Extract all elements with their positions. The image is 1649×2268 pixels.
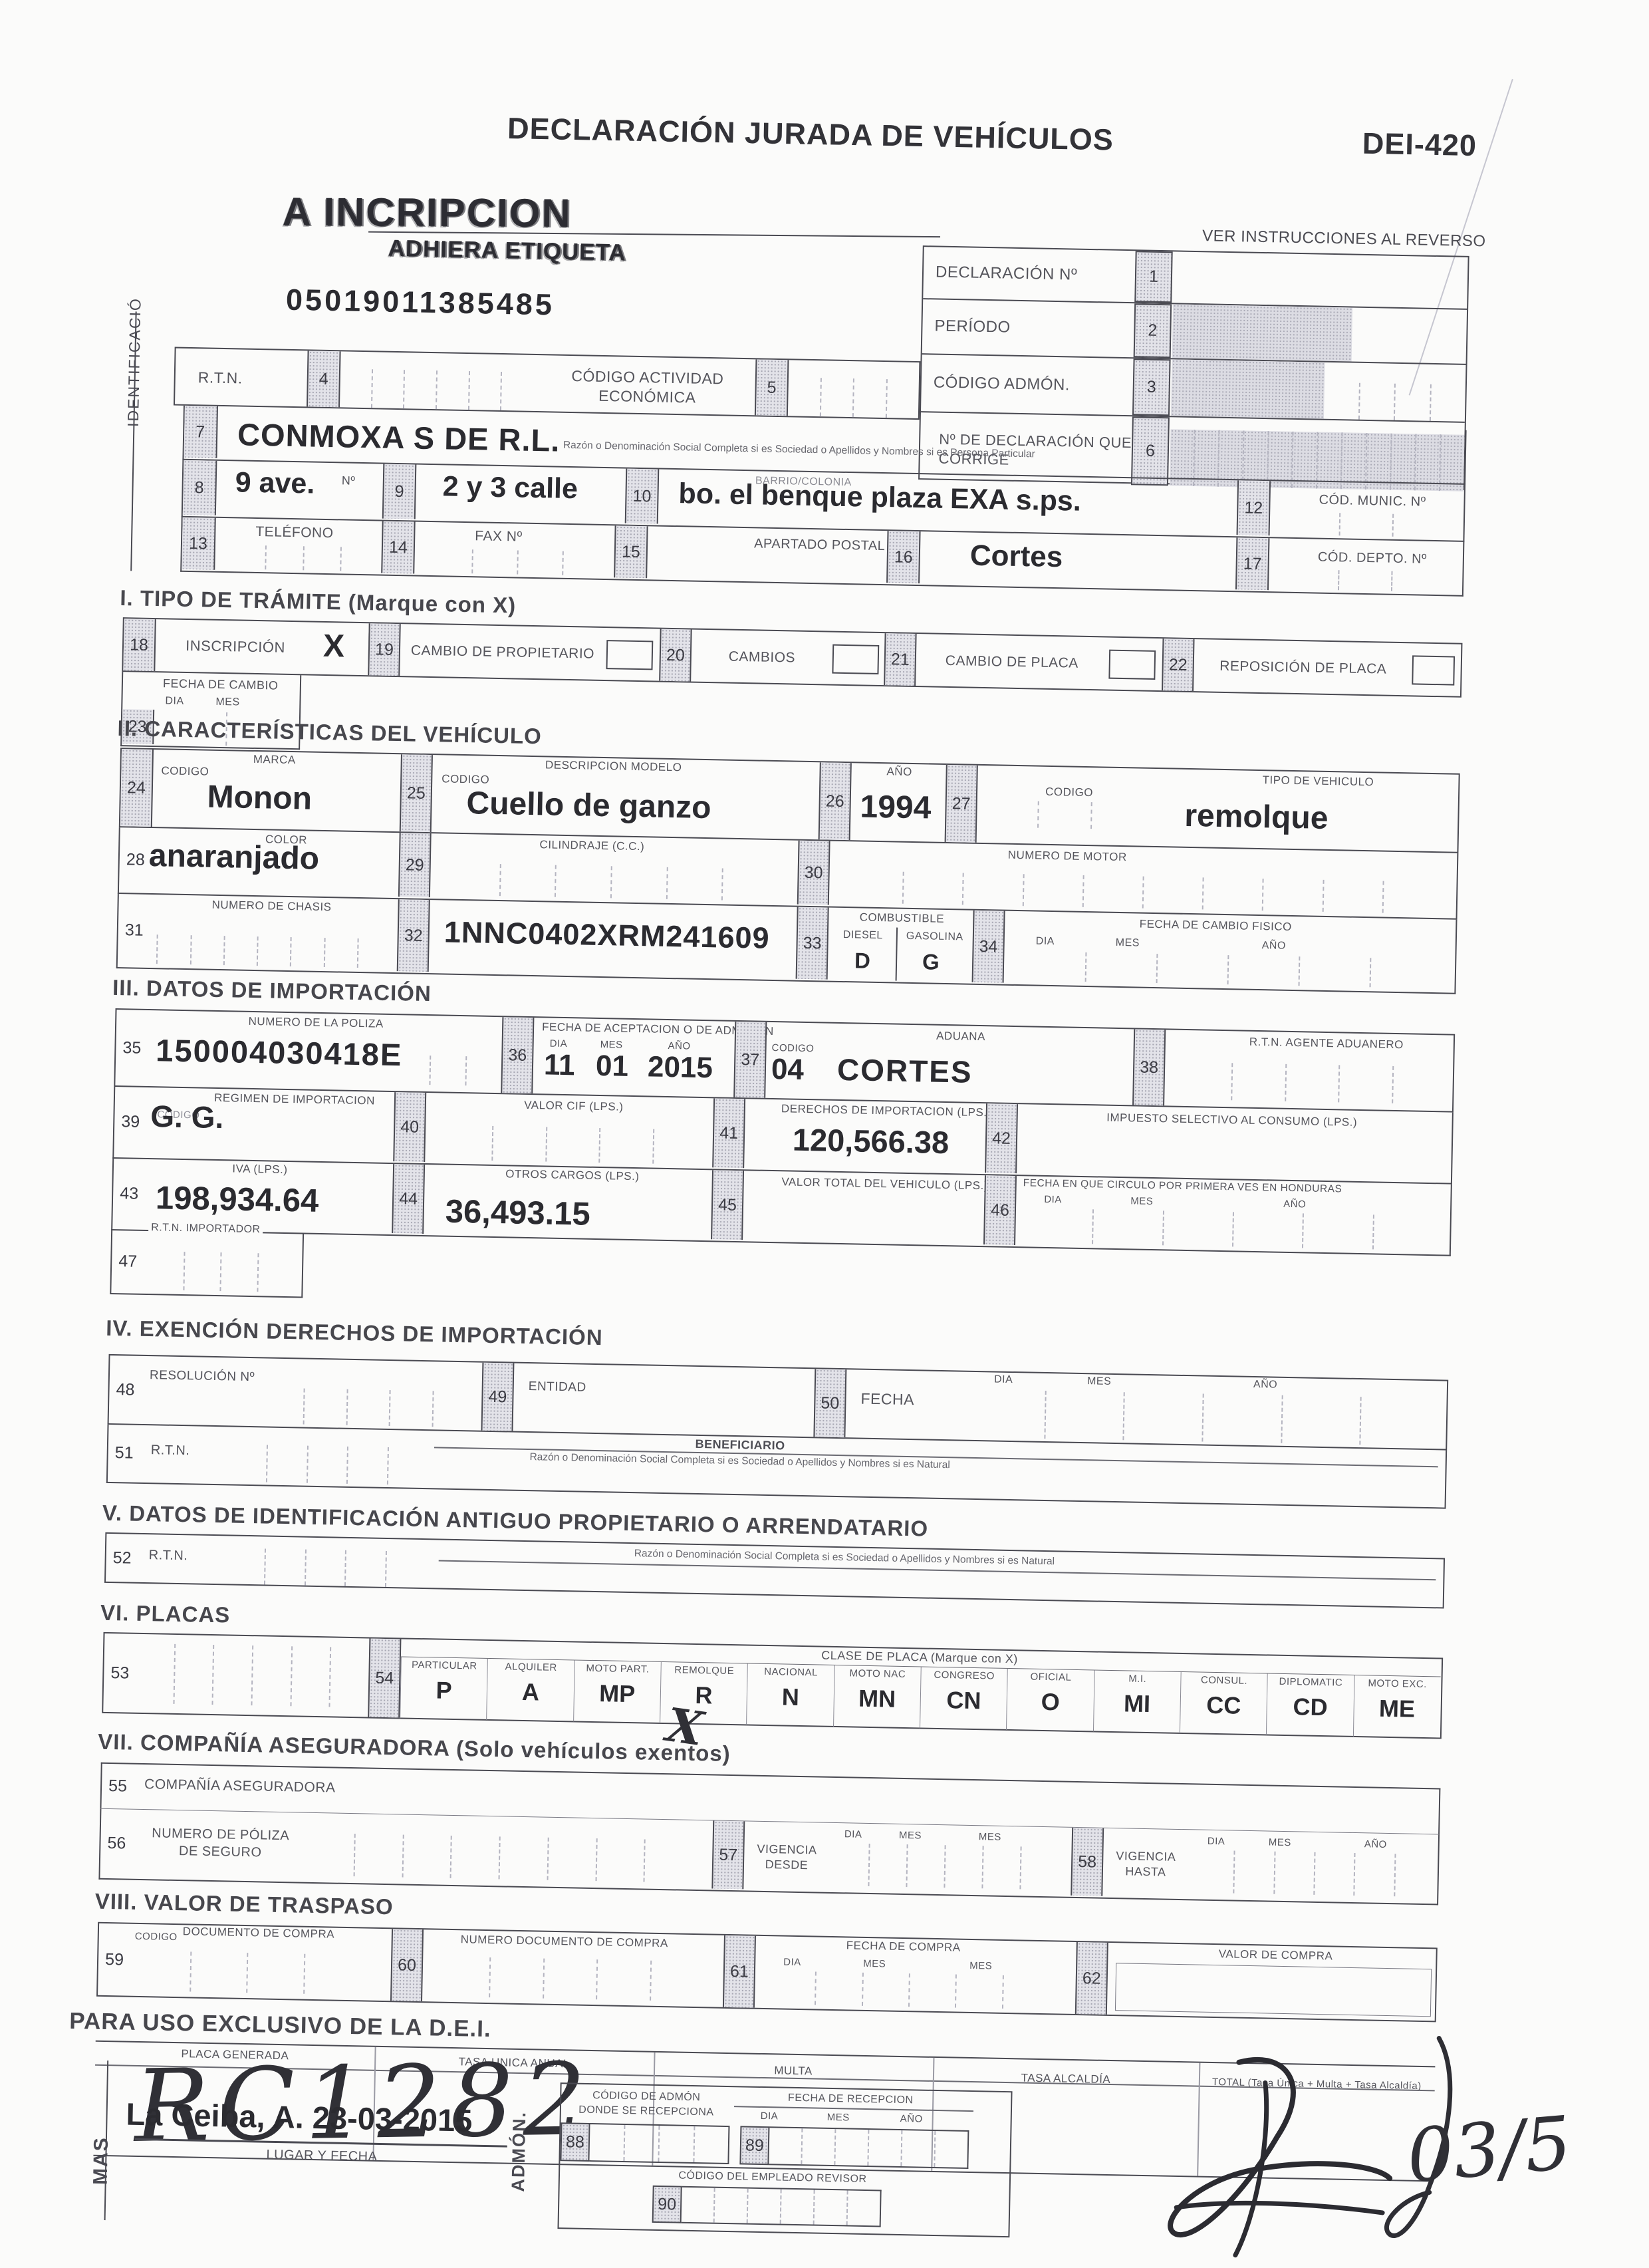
aseguradora-label: COMPAÑÍA ASEGURADORA (144, 1776, 336, 1796)
inscription-stamp: A INCRIPCION (282, 189, 571, 236)
box-13-number: 13 (182, 517, 215, 570)
clase-label: DIPLOMATIC (1279, 1676, 1342, 1689)
dia-label: DIA (1044, 1194, 1062, 1206)
box-10-number: 10 (625, 469, 660, 524)
dia-label: DIA (165, 695, 184, 708)
box-46-number: 46 (983, 1175, 1017, 1245)
section-6-title: VI. PLACAS (100, 1600, 231, 1628)
clase-label: REMOLQUE (674, 1664, 734, 1677)
box-37-number: 37 (733, 1022, 767, 1098)
box-4-number: 4 (307, 351, 341, 407)
page-title: DECLARACIÓN JURADA DE VEHÍCULOS (485, 110, 1137, 158)
traspaso-row: 59 CODIGO DOCUMENTO DE COMPRA 60 NUMERO … (96, 1922, 1438, 2023)
selectivo-label: IMPUESTO SELECTIVO AL CONSUMO (LPS.) (1092, 1111, 1371, 1129)
admon-vertical-label: ADMÓN. (473, 2134, 567, 2148)
box-34-number: 34 (972, 911, 1005, 983)
box-39-number: 39 (114, 1087, 147, 1157)
box-60-number: 60 (390, 1929, 424, 2001)
clase-code: A (522, 1678, 540, 1706)
motor-cells (844, 871, 1443, 914)
scanned-form: DECLARACIÓN JURADA DE VEHÍCULOS DEI-420 … (72, 92, 1535, 2148)
inscripcion-mark: X (323, 628, 345, 665)
tipo-vehiculo-label: TIPO DE VEHICULO (1218, 773, 1418, 790)
inscripcion-label: INSCRIPCIÓN (156, 637, 315, 657)
dia-label: DIA (550, 1038, 568, 1050)
calle-sub-label: Nº (342, 474, 356, 488)
valor-compra-label: VALOR DE COMPRA (1162, 1947, 1388, 1965)
periodo-field (1172, 304, 1353, 361)
cambio-fisico-cells (1015, 951, 1442, 988)
box-53-number: 53 (103, 1633, 136, 1713)
resolucion-cells (262, 1387, 475, 1427)
clase-label: NACIONAL (764, 1666, 818, 1679)
rtn-label: R.T.N. (151, 1443, 190, 1459)
telefono-cells (228, 545, 378, 571)
vigencia-hasta-label: VIGENCIA HASTA (1106, 1848, 1186, 1881)
ano-value: 1994 (860, 788, 932, 826)
box-88-number: 88 (560, 2122, 590, 2148)
box-58-number: 58 (1071, 1828, 1104, 1896)
box-18-number: 18 (123, 619, 156, 671)
clase-label: CONGRESO (934, 1669, 995, 1682)
box-15-number: 15 (614, 525, 648, 578)
box-88-cells (589, 2123, 729, 2148)
agente-label: R.T.N. AGENTE ADUANERO (1220, 1035, 1433, 1052)
box-61-number: 61 (723, 1935, 756, 2008)
codigo-label: CODIGO (1045, 785, 1093, 799)
box-27-number: 27 (945, 765, 978, 843)
fecha-compra-cells (769, 1971, 1049, 2009)
section-1-title: I. TIPO DE TRÁMITE (Marque con X) (120, 585, 516, 618)
poliza-label: NUMERO DE LA POLIZA (216, 1014, 416, 1032)
clase-code: ME (1379, 1695, 1416, 1723)
clase-label: MOTO NAC (849, 1667, 906, 1680)
razon-note: Razón o Denominación Social Completa si … (563, 440, 1035, 461)
rtn-cells (225, 1548, 426, 1588)
clase-code: O (1041, 1688, 1060, 1717)
fax-cells (428, 549, 608, 576)
clase-code: N (781, 1683, 799, 1711)
clase-label: CONSUL. (1201, 1675, 1248, 1687)
box-49-number: 49 (481, 1363, 514, 1431)
tipo-vehiculo-value: remolque (1184, 797, 1329, 837)
ano-label: AÑO (900, 2113, 923, 2125)
box-2-number: 2 (1134, 303, 1172, 358)
apartado-value: Cortes (969, 539, 1063, 575)
agente-cells (1179, 1062, 1446, 1105)
importador-cells (147, 1251, 294, 1292)
box-45-number: 45 (711, 1170, 744, 1240)
dia-label: DIA (1207, 1836, 1225, 1848)
depto-label: CÓD. DEPTO. Nº (1318, 550, 1427, 567)
dia-label: DIA (783, 1957, 801, 1969)
cambio-propietario-label: CAMBIO DE PROPIETARIO (403, 642, 602, 662)
ano-label: AÑO (668, 1040, 690, 1052)
fecha-cambio-label: FECHA DE CAMBIO (163, 676, 279, 692)
fecha-dia-value: 11 (544, 1048, 575, 1082)
mes-label: MES (863, 1958, 886, 1970)
clase-label: MOTO EXC. (1368, 1677, 1427, 1690)
ano-label: AÑO (1253, 1379, 1278, 1391)
ano-label: AÑO (852, 764, 946, 780)
adhiera-etiqueta-label: ADHIERA ETIQUETA (388, 235, 626, 267)
fecha-cells (966, 1389, 1439, 1447)
diesel-label: DIESEL (843, 929, 883, 942)
box-22-number: 22 (1162, 638, 1194, 691)
box-5-number: 5 (755, 359, 789, 416)
box-42-number: 42 (985, 1103, 1018, 1173)
box-3-number: 3 (1132, 358, 1171, 416)
section-3-title: III. DATOS DE IMPORTACIÓN (112, 975, 432, 1006)
box-52-number: 52 (106, 1534, 138, 1582)
box-50-number: 50 (813, 1369, 846, 1437)
box-1-number: 1 (1134, 251, 1172, 303)
ano-label: AÑO (1364, 1838, 1387, 1850)
otros-label: OTROS CARGOS (LPS.) (473, 1167, 672, 1184)
codigo-label: CODIGO (135, 1931, 178, 1943)
box-36-number: 36 (501, 1017, 534, 1093)
box-9-number: 9 (382, 464, 417, 519)
vigencia-desde-cells (831, 1843, 1058, 1890)
cambio-fisico-label: FECHA DE CAMBIO FISICO (1082, 917, 1348, 935)
form-code: DEI-420 (1362, 126, 1477, 163)
ano-label: AÑO (1262, 940, 1287, 952)
box-19-number: 19 (368, 623, 400, 676)
resolucion-label: RESOLUCIÓN Nº (150, 1368, 255, 1385)
poliza-seguro-cells (307, 1833, 693, 1883)
chasis-value: 1NNC0402XRM241609 (444, 915, 770, 955)
clase-label: MOTO PART. (586, 1663, 649, 1675)
documento-cells (134, 1951, 360, 1995)
tipo-codigo-cells (985, 800, 1145, 830)
box-35-number: 35 (115, 1010, 148, 1086)
lugar-fecha-value: La Ceiba, A. 23-03-2015 (126, 2096, 473, 2139)
propietario-note: Razón o Denominación Social Completa si … (479, 1545, 1210, 1571)
clase-code: MI (1124, 1689, 1151, 1718)
antiguo-propietario-row: 52 R.T.N. Razón o Denominación Social Co… (104, 1532, 1445, 1609)
codigo-admon-recepciona-label2: DONDE SE RECEPCIONA (567, 2104, 726, 2119)
box-48-number: 48 (109, 1355, 142, 1424)
calle-value: 9 ave. (235, 466, 315, 500)
apartado-label: APARTADO POSTAL Nº (754, 536, 904, 554)
codigo-admon-label: CÓDIGO ADMÓN. (934, 373, 1071, 394)
cif-cells (440, 1125, 706, 1165)
cambio-placa-cell (1108, 650, 1156, 680)
gasolina-value: G (922, 949, 940, 974)
fecha-mes-value: 01 (596, 1050, 629, 1083)
box-28-number: 28 (119, 827, 152, 892)
box-59-number: 59 (98, 1923, 131, 1996)
color-value: anaranjado (148, 837, 319, 877)
clase-code: P (436, 1676, 452, 1704)
rtn-cells (340, 368, 533, 411)
barrio-value: bo. el benque plaza EXA s.ps. (678, 478, 1081, 518)
box-33-number: 33 (796, 907, 829, 980)
box-44-number: 44 (392, 1164, 425, 1234)
munic-label: CÓD. MUNIC. Nº (1319, 493, 1426, 510)
box-40-number: 40 (393, 1092, 426, 1162)
chasis-label: NUMERO DE CHASIS (185, 898, 358, 915)
clase-label: M.I. (1128, 1673, 1146, 1685)
mes-label: MES (899, 1830, 922, 1842)
cilindraje-label: CILINDRAJE (C.C.) (492, 837, 692, 855)
box-56-number: 56 (100, 1809, 133, 1878)
box-29-number: 29 (398, 833, 432, 897)
declaracion-n-label: DECLARACIÓN Nº (936, 263, 1078, 284)
modelo-label: DESCRIPCION MODELO (521, 758, 707, 775)
box-24-number: 24 (120, 749, 154, 827)
importador-box: 47 R.T.N. IMPORTADOR (110, 1230, 304, 1298)
box-17-number: 17 (1235, 537, 1269, 590)
box-16-number: 16 (886, 531, 920, 583)
actividad-cells (788, 377, 919, 418)
declaracion-n-field (1172, 251, 1467, 309)
box-47-number: 47 (111, 1230, 144, 1292)
mes2-label: MES (969, 1960, 992, 1972)
section-7-title: VII. COMPAÑÍA ASEGURADORA (Solo vehículo… (98, 1729, 731, 1767)
tramite-strip: 18 INSCRIPCIÓN X 19 CAMBIO DE PROPIETARI… (122, 617, 1462, 698)
mes-label: MES (1087, 1375, 1112, 1388)
clase-code: CC (1206, 1691, 1241, 1720)
fecha-ano-value: 2015 (648, 1050, 713, 1085)
documento-compra-label: DOCUMENTO DE COMPRA (172, 1925, 345, 1941)
marca-label: MARCA (201, 752, 348, 768)
box-21-number: 21 (884, 633, 916, 686)
aduana-codigo-value: 04 (771, 1053, 804, 1087)
instructions-note: VER INSTRUCCIONES AL REVERSO (1202, 227, 1486, 251)
clase-label: OFICIAL (1030, 1671, 1071, 1683)
codigo-admon-recepciona-label1: CÓDIGO DE ADMÓN (567, 2089, 726, 2104)
reposicion-placa-cell (1412, 655, 1455, 685)
mes-label: MES (1116, 937, 1140, 950)
box-26-number: 26 (819, 762, 852, 840)
cambio-propietario-cell (606, 640, 653, 670)
clase-label: ALQUILER (505, 1661, 557, 1673)
fax-label: FAX Nº (475, 528, 523, 545)
placas-row: 53 54 CLASE DE PLACA (Marque con X) PART… (102, 1632, 1443, 1739)
aduana-label: ADUANA (881, 1028, 1041, 1045)
derechos-label: DERECHOS DE IMPORTACION (LPS.) (780, 1102, 993, 1119)
clase-label: PARTICULAR (412, 1659, 477, 1672)
fecha-compra-label: FECHA DE COMPRA (764, 1937, 1043, 1956)
modelo-value: Cuello de ganzo (466, 785, 711, 826)
periodo-label: PERÍODO (934, 317, 1011, 337)
diesel-value: D (854, 948, 871, 973)
iva-label: IVA (LPS.) (193, 1161, 326, 1177)
derechos-value: 120,566.38 (792, 1121, 949, 1161)
codigo-admon-cells (1324, 382, 1465, 422)
regimen-label: REGIMEN DE IMPORTACION (208, 1091, 381, 1108)
rtn-label: R.T.N. (198, 368, 243, 387)
codigo-label: CODIGO (161, 764, 209, 778)
rtn-label: R.T.N. (149, 1548, 188, 1564)
depto-cells (1285, 569, 1446, 593)
box-89-cells (769, 2126, 969, 2148)
motor-label: NUMERO DE MOTOR (951, 847, 1184, 865)
iva-value: 198,934.64 (156, 1179, 319, 1220)
combustible-label: COMBUSTIBLE (828, 911, 975, 926)
fecha-label: FECHA (860, 1390, 914, 1409)
mes-label: MES (827, 2112, 850, 2124)
box-30-number: 30 (797, 841, 830, 905)
placa-cells (136, 1643, 370, 1708)
poliza-seguro-label: NUMERO DE PÓLIZA DE SEGURO (140, 1824, 301, 1862)
box-41-number: 41 (712, 1098, 745, 1168)
reposicion-placa-label: REPOSICIÓN DE PLACA (1197, 658, 1410, 678)
aduana-value: CORTES (836, 1052, 973, 1090)
mes-label: MES (215, 696, 240, 709)
valor-total-label: VALOR TOTAL DEL VEHICULO (LPS.) (779, 1175, 991, 1193)
box-51-number: 51 (108, 1425, 141, 1481)
dia-label: DIA (844, 1828, 862, 1840)
num-documento-label: NUMERO DOCUMENTO DE COMPRA (445, 1933, 684, 1951)
dia-label: DIA (1036, 936, 1055, 948)
cambio-placa-label: CAMBIO DE PLACA (919, 652, 1105, 672)
box-7-number: 7 (184, 406, 217, 458)
valor-compra-field (1115, 1963, 1432, 2017)
chasis-cells (124, 934, 391, 968)
cilindraje-cells (445, 863, 778, 902)
admin-reception-box: CÓDIGO DE ADMÓN DONDE SE RECEPCIONA FECH… (557, 2082, 1012, 2148)
box-55-number: 55 (101, 1764, 134, 1808)
gasolina-label: GASOLINA (906, 930, 963, 944)
box-62-number: 62 (1075, 1942, 1108, 2015)
box-57-number: 57 (711, 1820, 745, 1889)
cambios-label: CAMBIOS (696, 648, 828, 667)
clase-code: CD (1293, 1693, 1328, 1721)
box-8-number: 8 (183, 460, 217, 515)
vigencia-desde-label: VIGENCIA DESDE (747, 1841, 827, 1874)
importador-label: R.T.N. IMPORTADOR (148, 1222, 263, 1236)
telefono-label: TELÉFONO (255, 524, 334, 541)
actividad-label: CÓDIGO ACTIVIDAD ECONÓMICA (547, 366, 747, 408)
fecha-recepcion-label: FECHA DE RECEPCION (741, 2091, 960, 2107)
mes2-label: MES (979, 1831, 1001, 1843)
section-8-title: VIII. VALOR DE TRASPASO (94, 1889, 394, 1920)
munic-cells (1287, 512, 1447, 538)
vigencia-hasta-cells (1194, 1850, 1434, 1897)
box-20-number: 20 (659, 629, 692, 682)
box-14-number: 14 (381, 521, 415, 574)
codigo-admon-field (1171, 359, 1325, 418)
clase-code: CN (946, 1686, 981, 1715)
box-38-number: 38 (1132, 1029, 1166, 1105)
entidad-label: ENTIDAD (529, 1379, 586, 1395)
mes-label: MES (1269, 1837, 1291, 1849)
circulo-cells (1023, 1208, 1443, 1250)
clase-code: MN (858, 1685, 896, 1713)
box-54-number: 54 (368, 1639, 401, 1718)
box-25-number: 25 (400, 754, 433, 832)
avenida-value: 2 y 3 calle (442, 470, 578, 505)
cambios-cell (832, 644, 879, 674)
razon-social-value: CONMOXA S DE R.L. (237, 416, 561, 458)
box-32-number: 32 (397, 899, 430, 972)
cif-label: VALOR CIF (LPS.) (487, 1098, 660, 1115)
box-89-number: 89 (739, 2126, 769, 2148)
box-43-number: 43 (112, 1159, 146, 1228)
poliza-cells (394, 1055, 501, 1086)
box-12-number: 12 (1237, 480, 1271, 535)
dia-label: DIA (994, 1373, 1013, 1386)
poliza-value: 150004030418E (156, 1032, 403, 1073)
otros-value: 36,493.15 (445, 1193, 590, 1233)
divider (896, 928, 898, 981)
codigo-label: CODIGO (442, 772, 489, 786)
sticker-number: 05019011385485 (286, 283, 555, 323)
clase-code: MP (599, 1679, 636, 1708)
marca-value: Monon (207, 779, 312, 817)
ano-label: AÑO (1283, 1199, 1306, 1210)
num-documento-cells (437, 1957, 703, 2002)
mes-label: MES (600, 1039, 622, 1051)
section-4-title: IV. EXENCIÓN DERECHOS DE IMPORTACIÓN (106, 1316, 603, 1350)
dia-label: DIA (761, 2110, 779, 2122)
mes-label: MES (1130, 1195, 1153, 1207)
dei-title: PARA USO EXCLUSIVO DE LA D.E.I. (69, 2008, 491, 2043)
